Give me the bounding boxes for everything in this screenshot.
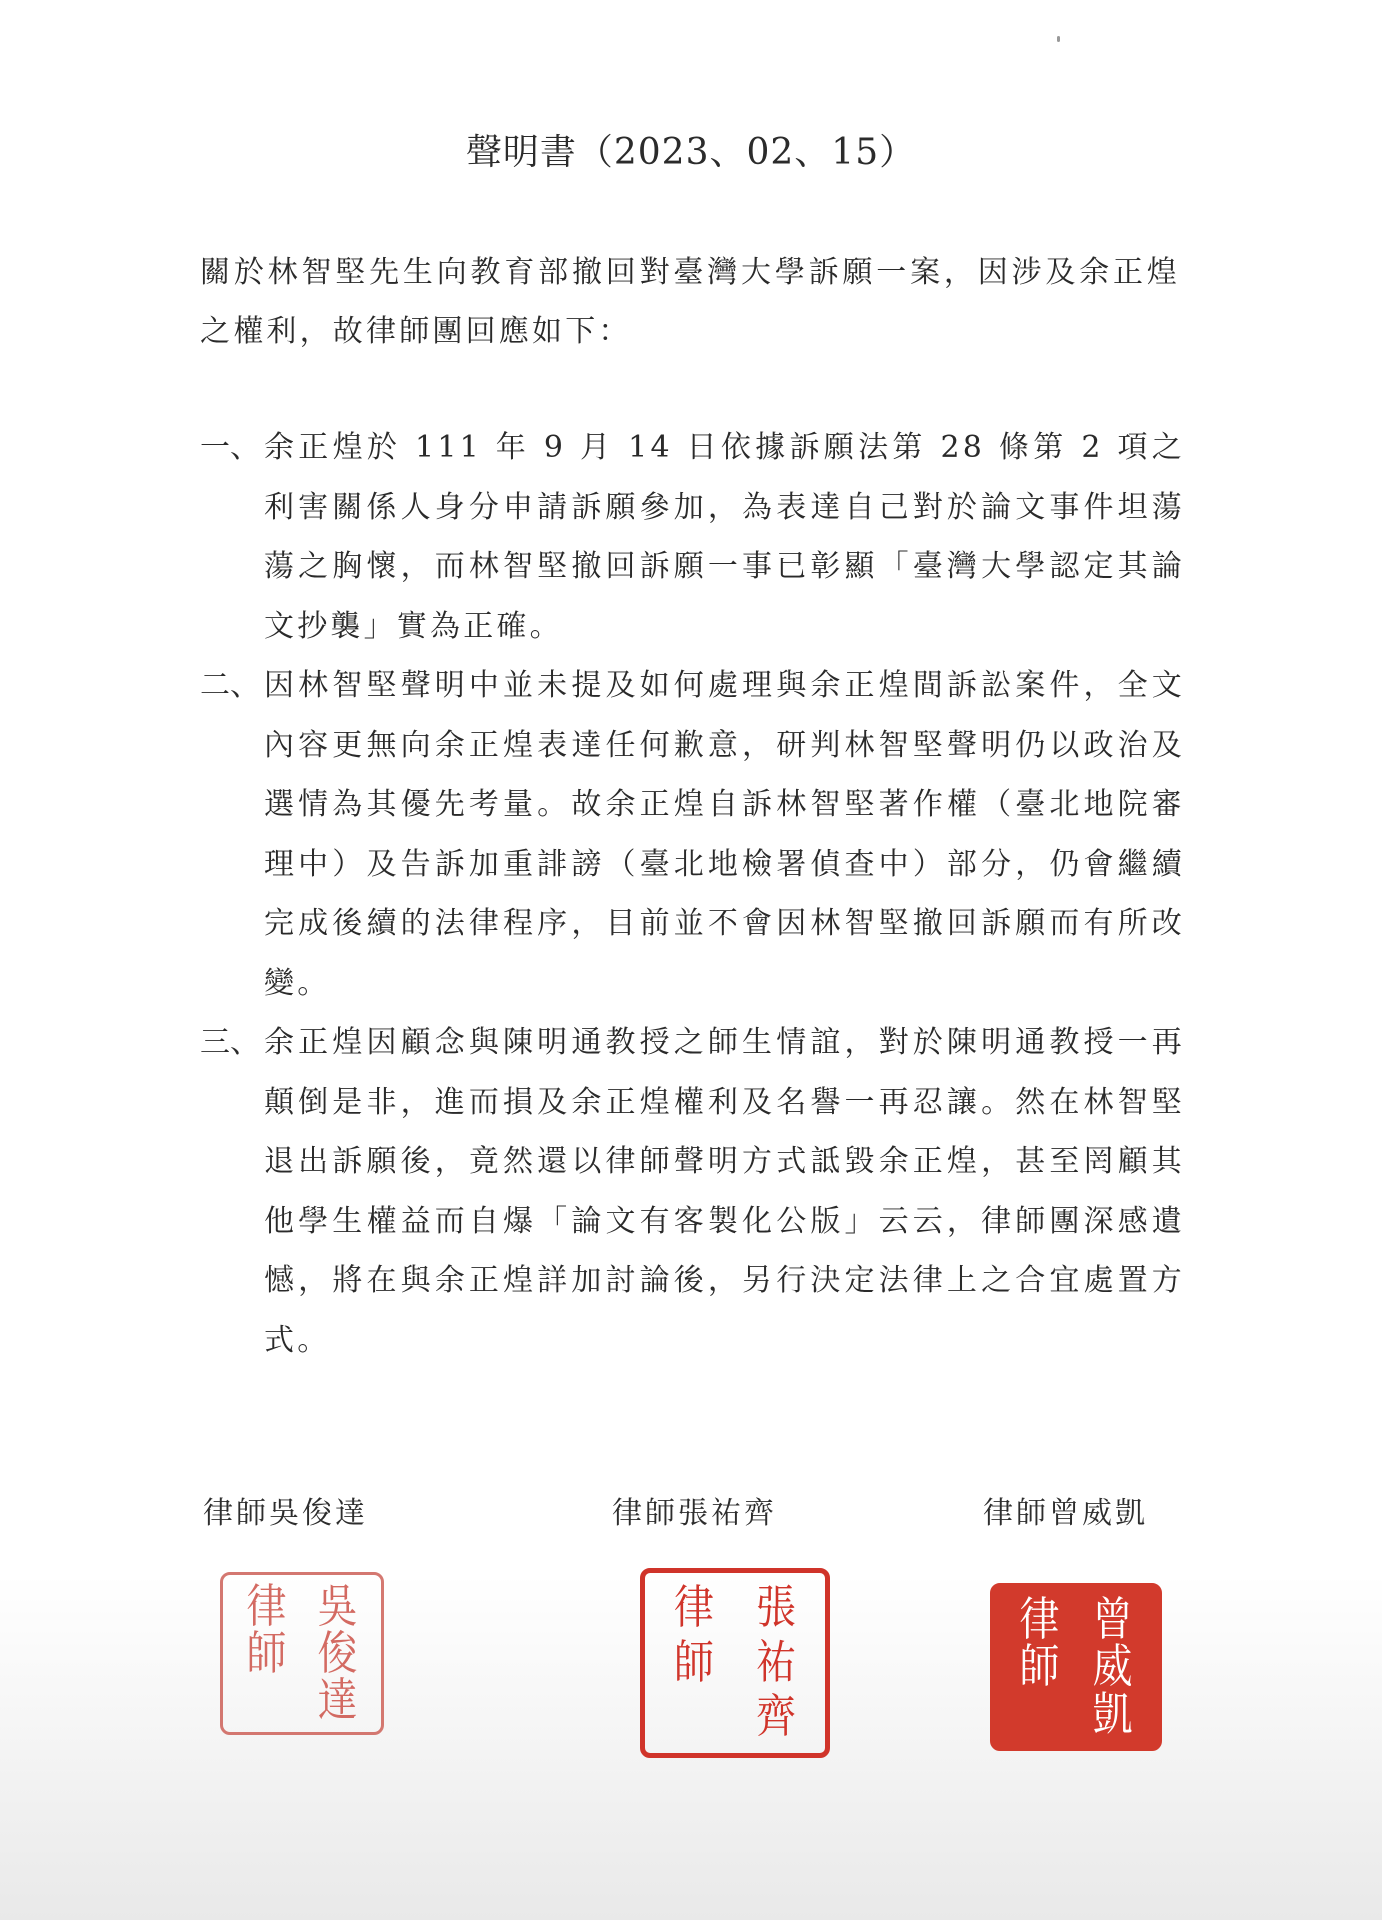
item-text: 余正煌因顧念與陳明通教授之師生情誼，對於陳明通教授一再顛倒是非，進而損及余正煌權… — [264, 1025, 1185, 1358]
seal-char — [1003, 1687, 1076, 1741]
seal-stamp-icon: 吳 俊 達 律 師 — [220, 1572, 384, 1735]
seal-char: 吳 — [302, 1579, 373, 1633]
seal-char: 律 — [653, 1577, 735, 1640]
seal-char: 師 — [1003, 1640, 1076, 1694]
seal-stamp-icon: 曾 威 凱 律 師 — [990, 1583, 1162, 1751]
seal-char: 俊 — [302, 1626, 373, 1680]
document-title: 聲明書（2023、02、15） — [0, 124, 1382, 175]
seal-char — [653, 1686, 735, 1749]
statement-item-2: 二、 因林智堅聲明中並未提及如何處理與余正煌間訴訟案件，全文內容更無向余正煌表達… — [200, 656, 1185, 1013]
signatory-zeng: 律師曾威凱 — [983, 1488, 1148, 1532]
item-text: 因林智堅聲明中並未提及如何處理與余正煌間訴訟案件，全文內容更無向余正煌表達任何歉… — [264, 668, 1185, 1001]
signatory-wu: 律師吳俊達 — [203, 1488, 368, 1532]
item-number: 三、 — [200, 1013, 260, 1073]
item-number: 一、 — [200, 418, 260, 478]
seal-char: 威 — [1076, 1640, 1149, 1694]
seal-char: 達 — [302, 1673, 373, 1727]
seal-stamp-icon: 張 祐 齊 律 師 — [640, 1568, 830, 1758]
seal-char: 凱 — [1076, 1687, 1149, 1741]
statement-item-1: 一、 余正煌於 111 年 9 月 14 日依據訴願法第 28 條第 2 項之利… — [200, 418, 1185, 656]
statement-page: 聲明書（2023、02、15） 關於林智堅先生向教育部撤回對臺灣大學訴願一案，因… — [0, 0, 1382, 1920]
seal-char: 師 — [231, 1626, 302, 1680]
seal-char: 齊 — [735, 1686, 817, 1749]
item-text: 余正煌於 111 年 9 月 14 日依據訴願法第 28 條第 2 項之利害關係… — [264, 430, 1185, 644]
signatory-zhang: 律師張祐齊 — [612, 1488, 777, 1532]
intro-paragraph: 關於林智堅先生向教育部撤回對臺灣大學訴願一案，因涉及余正煌之權利，故律師團回應如… — [200, 243, 1180, 361]
seal-char: 律 — [231, 1579, 302, 1633]
seal-char — [231, 1673, 302, 1727]
statement-items: 一、 余正煌於 111 年 9 月 14 日依據訴願法第 28 條第 2 項之利… — [200, 418, 1185, 1370]
item-number: 二、 — [200, 656, 260, 716]
statement-item-3: 三、 余正煌因顧念與陳明通教授之師生情誼，對於陳明通教授一再顛倒是非，進而損及余… — [200, 1013, 1185, 1370]
signature-row: 律師吳俊達 律師張祐齊 律師曾威凱 — [0, 1488, 1382, 1528]
paper-speck — [1057, 36, 1060, 42]
seal-char: 張 — [735, 1577, 817, 1640]
